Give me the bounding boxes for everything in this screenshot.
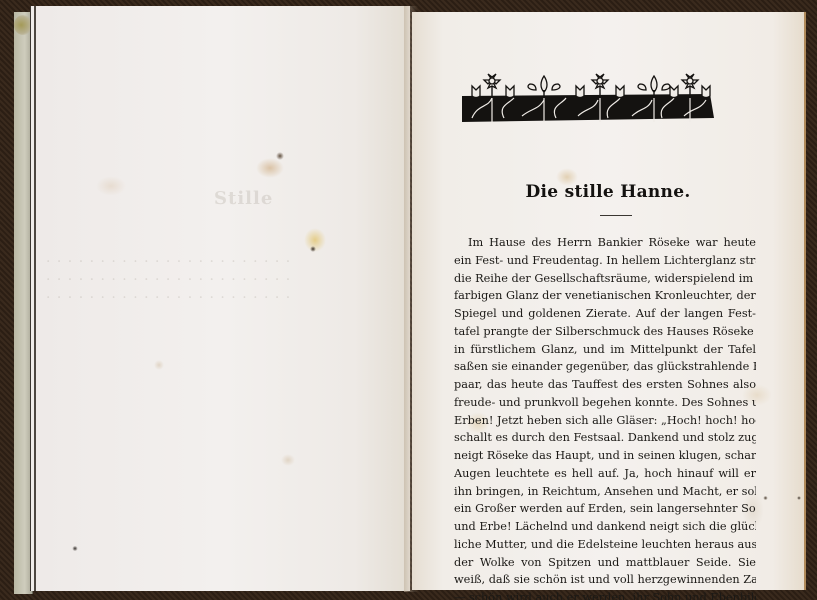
text-line: und Erbe! Lächelnd und dankend neigt sic… [454,518,756,536]
show-through-line: · · · · · · · · · · · · · · · · · · · · … [46,272,291,288]
chapter-body: Im Hause des Herrn Bankier Röseke war he… [454,234,756,600]
foxing-spot [797,496,801,500]
title-divider [600,215,632,216]
text-line: in fürstlichem Glanz, und im Mittelpunkt… [454,341,756,359]
foxing-spot [154,360,164,370]
foxing-spot [281,454,295,466]
text-line: ihn bringen, in Reichtum, Ansehen und Ma… [454,483,756,501]
open-book-scan: Stille · · · · · · · · · · · · · · · · ·… [0,0,817,600]
text-line: Spiegel und goldenen Zierate. Auf der la… [454,305,756,323]
foxing-spot [763,496,768,500]
text-line: weiß, daß sie schön ist und voll herzgew… [454,571,756,589]
left-page: Stille · · · · · · · · · · · · · · · · ·… [34,6,410,591]
text-line: schallt es durch den Festsaal. Dankend u… [454,429,756,447]
text-line: neigt Röseke das Haupt, und in seinen kl… [454,447,756,465]
foxing-spot [256,158,284,178]
foxing-spot [96,176,126,196]
cover-stain [14,15,32,35]
show-through-title: Stille [214,188,273,209]
show-through-line: · · · · · · · · · · · · · · · · · · · · … [46,254,291,270]
chapter-title: Die stille Hanne. [412,182,804,202]
text-line: liche Mutter, und die Edelsteine leuchte… [454,536,756,554]
text-line: saßen sie einander gegenüber, das glücks… [454,358,756,376]
text-line: Augen leuchtete es hell auf. Ja, hoch hi… [454,465,756,483]
floral-headpiece-icon [458,68,716,132]
text-line: — schön wird auch er werden, ihr Sohn un… [454,589,756,600]
text-line: Im Hause des Herrn Bankier Röseke war he… [454,234,756,252]
show-through-line: · · · · · · · · · · · · · · · · · · · · … [46,290,291,306]
text-line: farbigen Glanz der venetianischen Kronle… [454,287,756,305]
text-line: paar, das heute das Tauffest des ersten … [454,376,756,394]
text-line: der Wolke von Spitzen und mattblauer Sei… [454,554,756,572]
foxing-spot [276,152,284,160]
text-line: freude- und prunkvoll begehen konnte. De… [454,394,756,412]
cover-endpaper-strip [14,12,33,594]
text-line: ein Großer werden auf Erden, sein langer… [454,500,756,518]
text-line: Erben! Jetzt heben sich alle Gläser: „Ho… [454,412,756,430]
text-line: tafel prangte der Silberschmuck des Haus… [454,323,756,341]
text-line: ein Fest- und Freudentag. In hellem Lich… [454,252,756,270]
foxing-spot [72,546,78,551]
book-gutter [404,6,418,592]
foxing-spot [310,246,316,252]
right-page: Die stille Hanne. Im Hause des Herrn Ban… [412,12,806,590]
text-line: die Reihe der Gesellschaftsräume, widers… [454,270,756,288]
